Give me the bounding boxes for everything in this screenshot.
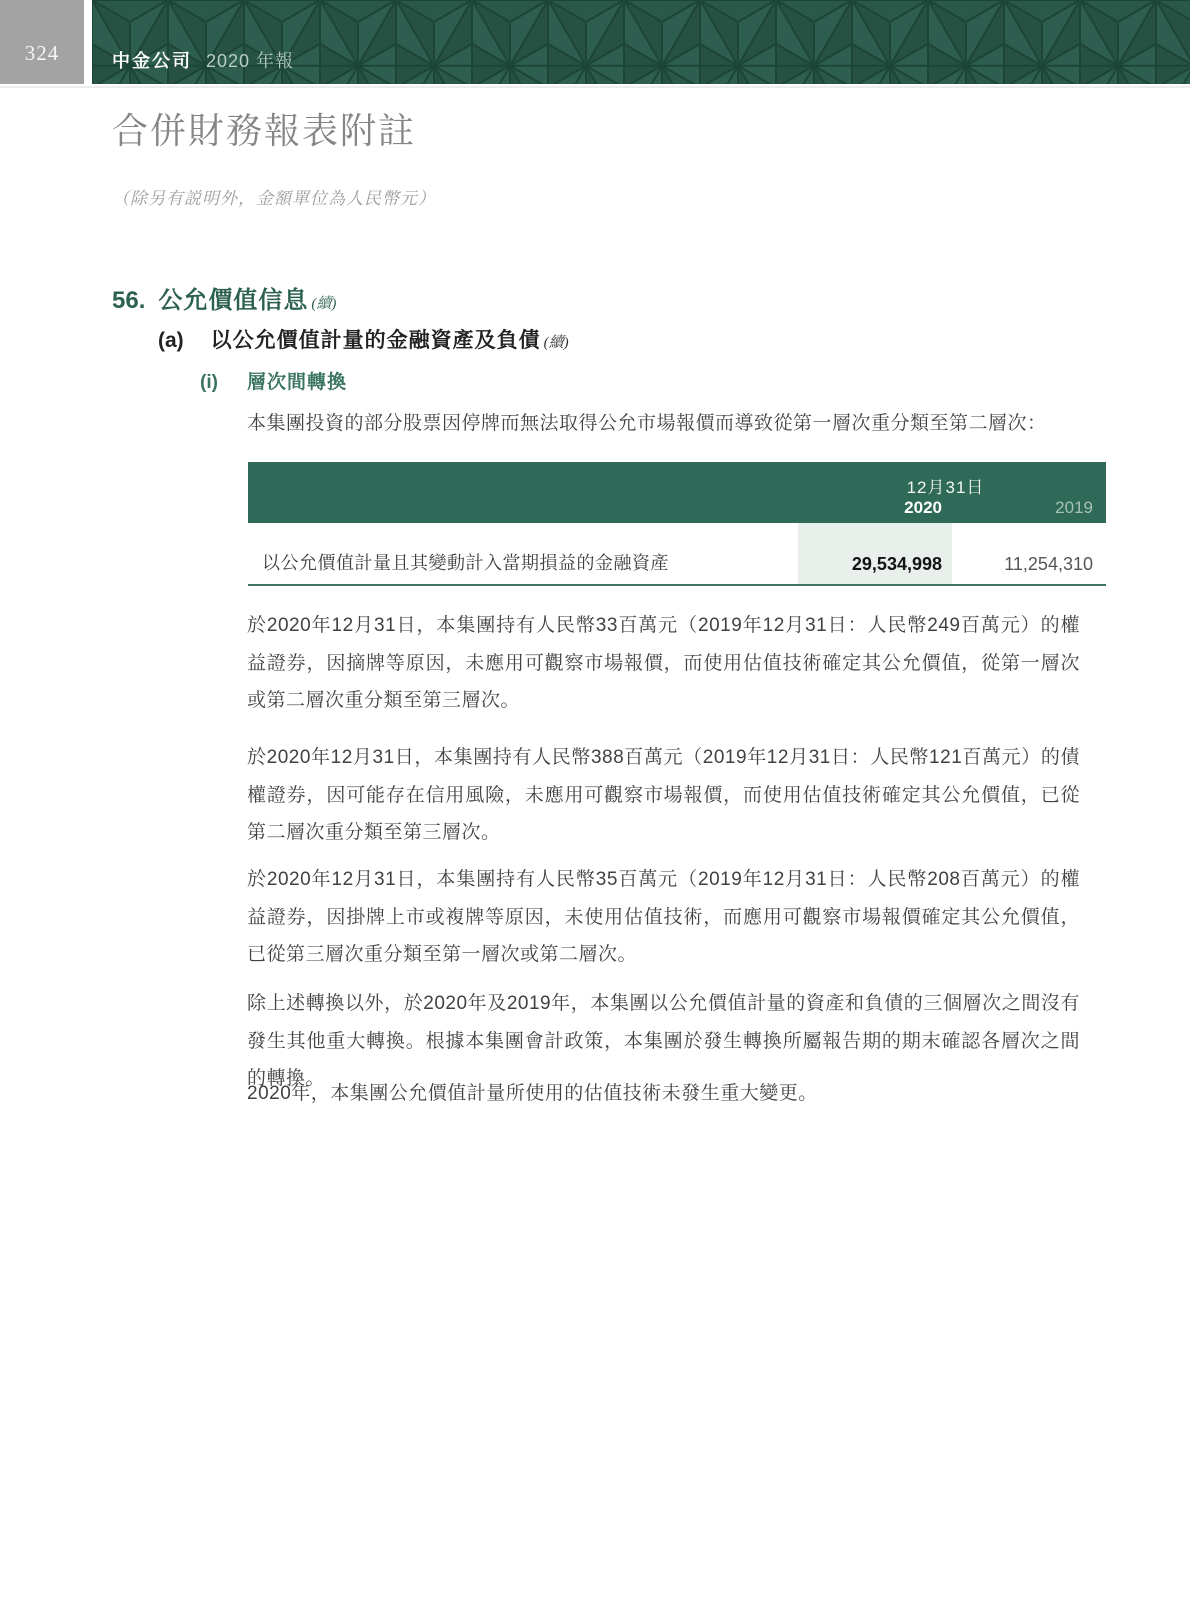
section-number: 56. bbox=[112, 287, 145, 315]
subsection-i-label: (i) bbox=[200, 372, 218, 394]
body-paragraph-5: 2020年，本集團公允價值計量所使用的估值技術未發生重大變更。 bbox=[247, 1075, 1080, 1113]
page-subtitle: （除另有説明外，金額單位為人民幣元） bbox=[112, 184, 436, 209]
subsection-heading-a: (a) 以公允價值計量的金融資產及負債 (續) bbox=[158, 324, 569, 354]
table-column-2020: 2020 bbox=[904, 498, 942, 518]
subsection-i-title: 層次間轉換 bbox=[247, 367, 347, 394]
section-title: 公允價值信息 bbox=[158, 280, 308, 315]
section-continued-note: (續) bbox=[311, 292, 336, 313]
body-paragraph-1: 於2020年12月31日，本集團持有人民幣33百萬元（2019年12月31日：人… bbox=[247, 607, 1080, 720]
fair-value-table: 12月31日 2020 2019 以公允價值計量且其變動計入當期損益的金融資產 … bbox=[248, 462, 1106, 586]
row-label: 以公允價值計量且其變動計入當期損益的金融資產 bbox=[262, 549, 669, 575]
table-header: 12月31日 2020 2019 bbox=[248, 462, 1106, 523]
row-value-2019: 11,254,310 bbox=[1004, 554, 1093, 575]
subsection-heading-i: (i) 層次間轉換 bbox=[200, 367, 347, 394]
company-name: 中金公司 bbox=[112, 51, 192, 71]
body-paragraph-3: 於2020年12月31日，本集團持有人民幣35百萬元（2019年12月31日：人… bbox=[247, 861, 1080, 974]
table-body: 以公允價值計量且其變動計入當期損益的金融資產 29,534,998 11,254… bbox=[248, 523, 1106, 586]
report-title: 2020 年報 bbox=[206, 51, 294, 71]
table-date-header: 12月31日 bbox=[798, 473, 1093, 498]
subsection-a-continued-note: (續) bbox=[544, 331, 569, 352]
row-value-2020: 29,534,998 bbox=[852, 554, 942, 575]
page-title: 合併財務報表附註 bbox=[112, 103, 416, 154]
table-column-2019: 2019 bbox=[1055, 498, 1093, 518]
header-band-text: 中金公司2020 年報 bbox=[112, 47, 294, 73]
header-band: 中金公司2020 年報 bbox=[92, 0, 1190, 84]
page-number-box: 324 bbox=[0, 0, 84, 84]
intro-paragraph: 本集團投資的部分股票因停牌而無法取得公允市場報價而導致從第一層次重分類至第二層次… bbox=[247, 408, 1047, 435]
body-paragraph-2: 於2020年12月31日，本集團持有人民幣388百萬元（2019年12月31日：… bbox=[247, 739, 1080, 852]
page-number: 324 bbox=[25, 41, 60, 66]
section-heading-56: 56. 公允價值信息 (續) bbox=[112, 280, 336, 315]
header-divider bbox=[0, 86, 1190, 88]
subsection-a-label: (a) bbox=[158, 329, 184, 353]
subsection-a-title: 以公允價值計量的金融資產及負債 bbox=[211, 324, 541, 354]
